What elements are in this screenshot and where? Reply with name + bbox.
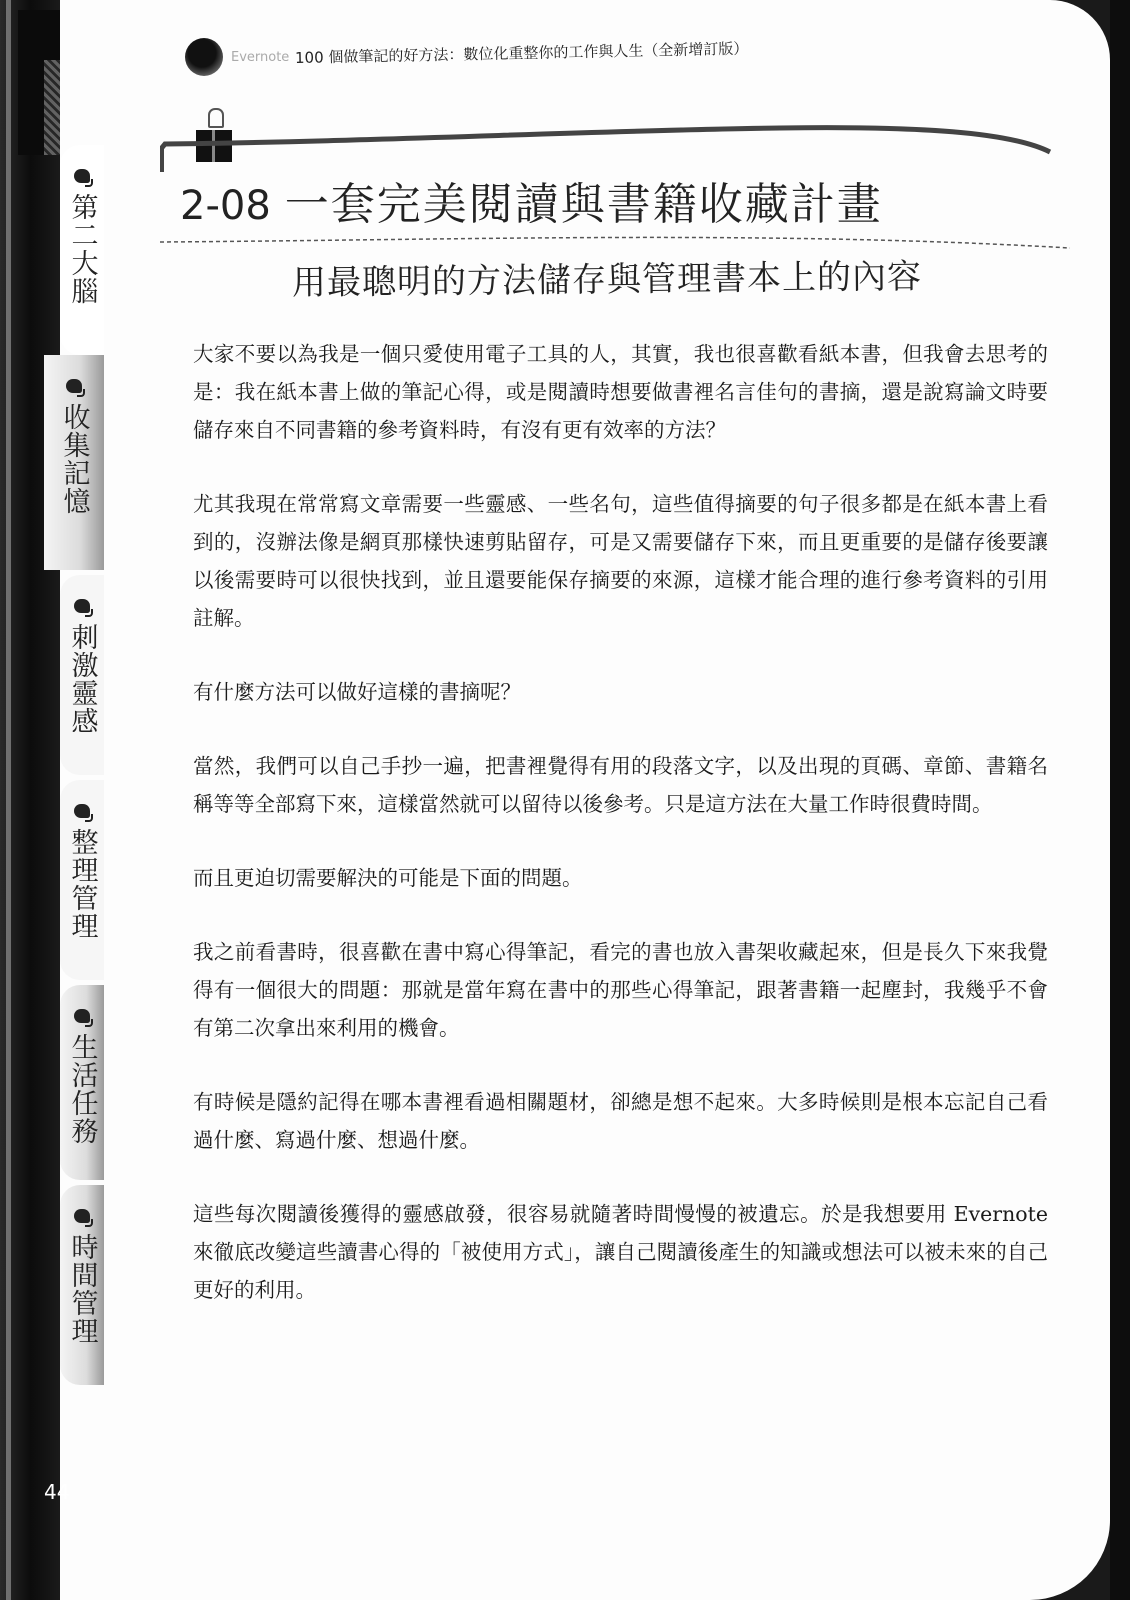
paragraph: 有時候是隱約記得在哪本書裡看過相關題材，卻總是想不起來。大多時候則是根本忘記自己… bbox=[193, 1083, 1048, 1159]
evernote-elephant-icon bbox=[74, 1209, 90, 1223]
evernote-elephant-icon bbox=[74, 599, 90, 613]
side-tab-label: 時間管理 bbox=[69, 1233, 96, 1345]
chapter-subtitle: 用最聰明的方法儲存與管理書本上的內容 bbox=[292, 249, 922, 305]
side-tab-label: 收集記憶 bbox=[61, 403, 88, 515]
evernote-elephant-icon bbox=[66, 379, 82, 393]
paragraph: 這些每次閱讀後獲得的靈感啟發，很容易就隨著時間慢慢的被遺忘。於是我想要用 Eve… bbox=[193, 1195, 1048, 1309]
body-text: 大家不要以為我是一個只愛使用電子工具的人，其實，我也很喜歡看紙本書，但我會去思考… bbox=[193, 335, 1048, 1345]
evernote-logo-icon bbox=[185, 38, 223, 76]
side-tab-life-tasks[interactable]: 生活任務 bbox=[60, 985, 104, 1180]
paragraph: 有什麼方法可以做好這樣的書摘呢？ bbox=[193, 673, 1048, 711]
page-edge-shadow bbox=[1110, 0, 1130, 1600]
side-tab-label: 刺激靈感 bbox=[69, 623, 96, 735]
side-tab-label: 第二大腦 bbox=[69, 193, 96, 305]
page-number: 44 bbox=[44, 1480, 69, 1504]
side-tab-time-management[interactable]: 時間管理 bbox=[60, 1185, 104, 1385]
side-tab-label: 生活任務 bbox=[69, 1033, 96, 1145]
paragraph: 我之前看書時，很喜歡在書中寫心得筆記，看完的書也放入書架收藏起來，但是長久下來我… bbox=[193, 933, 1048, 1047]
chapter-number: 2-08 bbox=[180, 183, 271, 229]
chapter-title-text: 一套完美閱讀與書籍收藏計畫 bbox=[285, 179, 883, 230]
side-tab-inspiration[interactable]: 刺激靈感 bbox=[60, 575, 104, 775]
side-tab-collect-memory[interactable]: 收集記憶 bbox=[44, 355, 104, 570]
evernote-elephant-icon bbox=[74, 1009, 90, 1023]
running-head: Evernote 100 個做筆記的好方法：數位化重整你的工作與人生（全新增訂版… bbox=[185, 38, 749, 76]
paragraph: 而且更迫切需要解決的可能是下面的問題。 bbox=[193, 859, 1048, 897]
paragraph: 當然，我們可以自己手抄一遍，把書裡覺得有用的段落文字，以及出現的頁碼、章節、書籍… bbox=[193, 747, 1048, 823]
chapter-title: 2-08一套完美閱讀與書籍收藏計畫 bbox=[180, 168, 883, 232]
side-tab-second-brain[interactable]: 第二大腦 bbox=[60, 145, 104, 355]
running-head-brand: Evernote bbox=[231, 50, 289, 65]
paragraph: 尤其我現在常常寫文章需要一些靈感、一些名句，這些值得摘要的句子很多都是在紙本書上… bbox=[193, 485, 1048, 637]
evernote-elephant-icon bbox=[74, 804, 90, 818]
side-tab-organize[interactable]: 整理管理 bbox=[60, 780, 104, 980]
side-tab-label: 整理管理 bbox=[69, 828, 96, 940]
evernote-elephant-icon bbox=[74, 169, 90, 183]
spine-highlight bbox=[6, 0, 11, 1600]
title-swoosh-line bbox=[160, 122, 1060, 172]
running-head-text: 100 個做筆記的好方法：數位化重整你的工作與人生（全新增訂版） bbox=[295, 37, 749, 67]
paragraph: 大家不要以為我是一個只愛使用電子工具的人，其實，我也很喜歡看紙本書，但我會去思考… bbox=[193, 335, 1048, 449]
